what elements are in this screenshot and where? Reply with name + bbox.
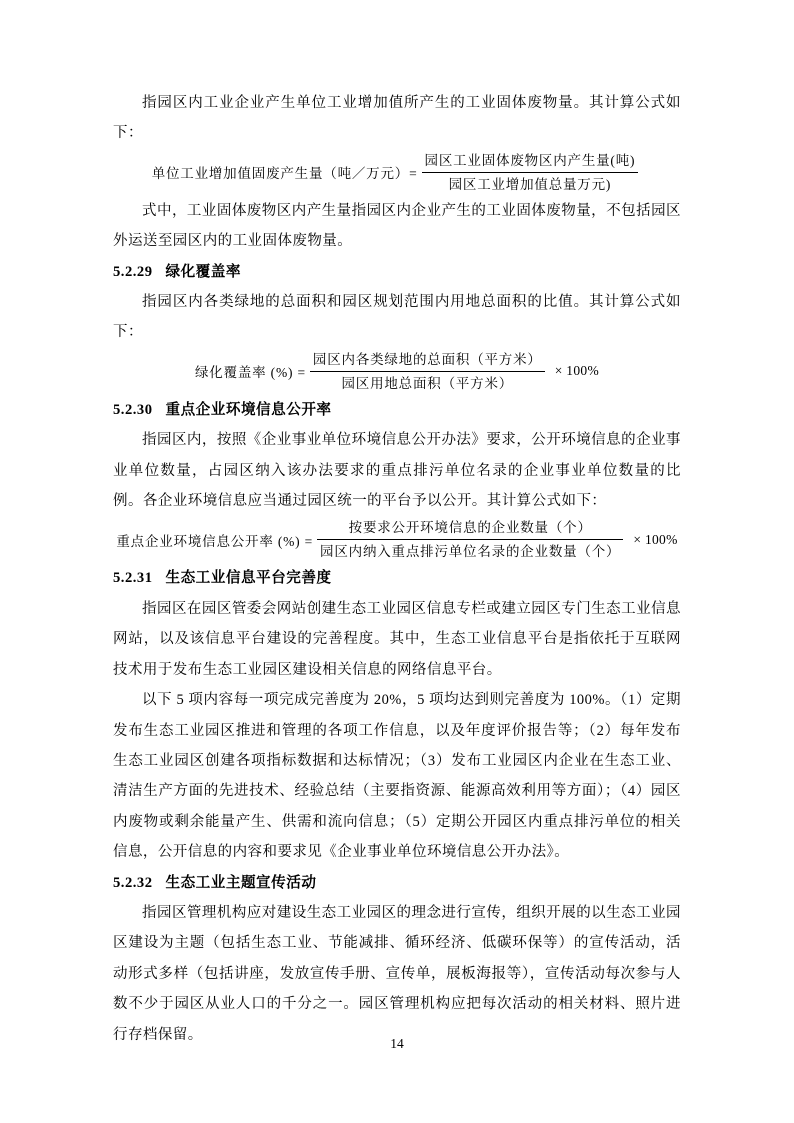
fraction-denominator: 园区工业增加值总量万元) [422, 173, 639, 194]
formula-suffix: × 100% [555, 363, 599, 379]
formula-lhs: 单位工业增加值固废产生量（吨／万元）= [152, 162, 418, 182]
section-number: 5.2.32 [113, 875, 152, 891]
section-title: 生态工业信息平台完善度 [165, 570, 331, 586]
fraction: 按要求公开环境信息的企业数量（个）园区内纳入重点排污单位名录的企业数量（个） [317, 518, 623, 561]
page-number: 14 [0, 1036, 794, 1052]
formula-unit-industrial-solid-waste: 单位工业增加值固废产生量（吨／万元）=园区工业固体废物区内产生量(吨)园区工业增… [113, 151, 681, 194]
document-content: 指园区内工业企业产生单位工业增加值所产生的工业固体废物量。其计算公式如下： 单位… [113, 88, 681, 1050]
section-heading-5-2-30: 5.2.30重点企业环境信息公开率 [113, 395, 681, 425]
section-number: 5.2.29 [113, 264, 152, 280]
paragraph-greening-intro: 指园区内各类绿地的总面积和园区规划范围内用地总面积的比值。其计算公式如下： [113, 287, 681, 348]
section-heading-5-2-31: 5.2.31生态工业信息平台完善度 [113, 563, 681, 593]
section-number: 5.2.31 [113, 570, 152, 586]
section-title: 绿化覆盖率 [165, 264, 240, 280]
fraction: 园区内各类绿地的总面积（平方米）园区用地总面积（平方米） [310, 350, 545, 393]
formula-suffix: × 100% [633, 532, 677, 548]
fraction-denominator: 园区用地总面积（平方米） [310, 372, 545, 393]
fraction-numerator: 园区内各类绿地的总面积（平方米） [310, 350, 545, 372]
section-title: 重点企业环境信息公开率 [165, 402, 331, 418]
fraction: 园区工业固体废物区内产生量(吨)园区工业增加值总量万元) [422, 151, 639, 194]
document-page: 指园区内工业企业产生单位工业增加值所产生的工业固体废物量。其计算公式如下： 单位… [0, 0, 794, 1123]
formula-greening-coverage: 绿化覆盖率 (%) =园区内各类绿地的总面积（平方米）园区用地总面积（平方米）×… [113, 350, 681, 393]
paragraph-publicity-activities: 指园区管理机构应对建设生态工业园区的理念进行宣传，组织开展的以生态工业园区建设为… [113, 898, 681, 1050]
section-heading-5-2-32: 5.2.32生态工业主题宣传活动 [113, 868, 681, 898]
paragraph-info-platform-intro: 指园区在园区管委会网站创建生态工业园区信息专栏或建立园区专门生态工业信息网站，以… [113, 594, 681, 685]
section-number: 5.2.30 [113, 402, 152, 418]
formula-env-info-disclosure-rate: 重点企业环境信息公开率 (%) =按要求公开环境信息的企业数量（个）园区内纳入重… [113, 518, 681, 561]
fraction-numerator: 按要求公开环境信息的企业数量（个） [317, 518, 623, 540]
section-title: 生态工业主题宣传活动 [165, 875, 316, 891]
section-heading-5-2-29: 5.2.29绿化覆盖率 [113, 257, 681, 287]
formula-lhs: 重点企业环境信息公开率 (%) = [116, 530, 313, 550]
paragraph-solid-waste-note: 式中，工业固体废物区内产生量指园区内企业产生的工业固体废物量，不包括园区外运送至… [113, 196, 681, 257]
formula-lhs: 绿化覆盖率 (%) = [195, 361, 306, 381]
fraction-numerator: 园区工业固体废物区内产生量(吨) [422, 151, 639, 173]
fraction-denominator: 园区内纳入重点排污单位名录的企业数量（个） [317, 540, 623, 561]
paragraph-solid-waste-intro: 指园区内工业企业产生单位工业增加值所产生的工业固体废物量。其计算公式如下： [113, 88, 681, 149]
paragraph-info-platform-items: 以下 5 项内容每一项完成完善度为 20%，5 项均达到则完善度为 100%。（… [113, 685, 681, 867]
paragraph-env-info-disclosure: 指园区内，按照《企业事业单位环境信息公开办法》要求，公开环境信息的企业事业单位数… [113, 425, 681, 516]
